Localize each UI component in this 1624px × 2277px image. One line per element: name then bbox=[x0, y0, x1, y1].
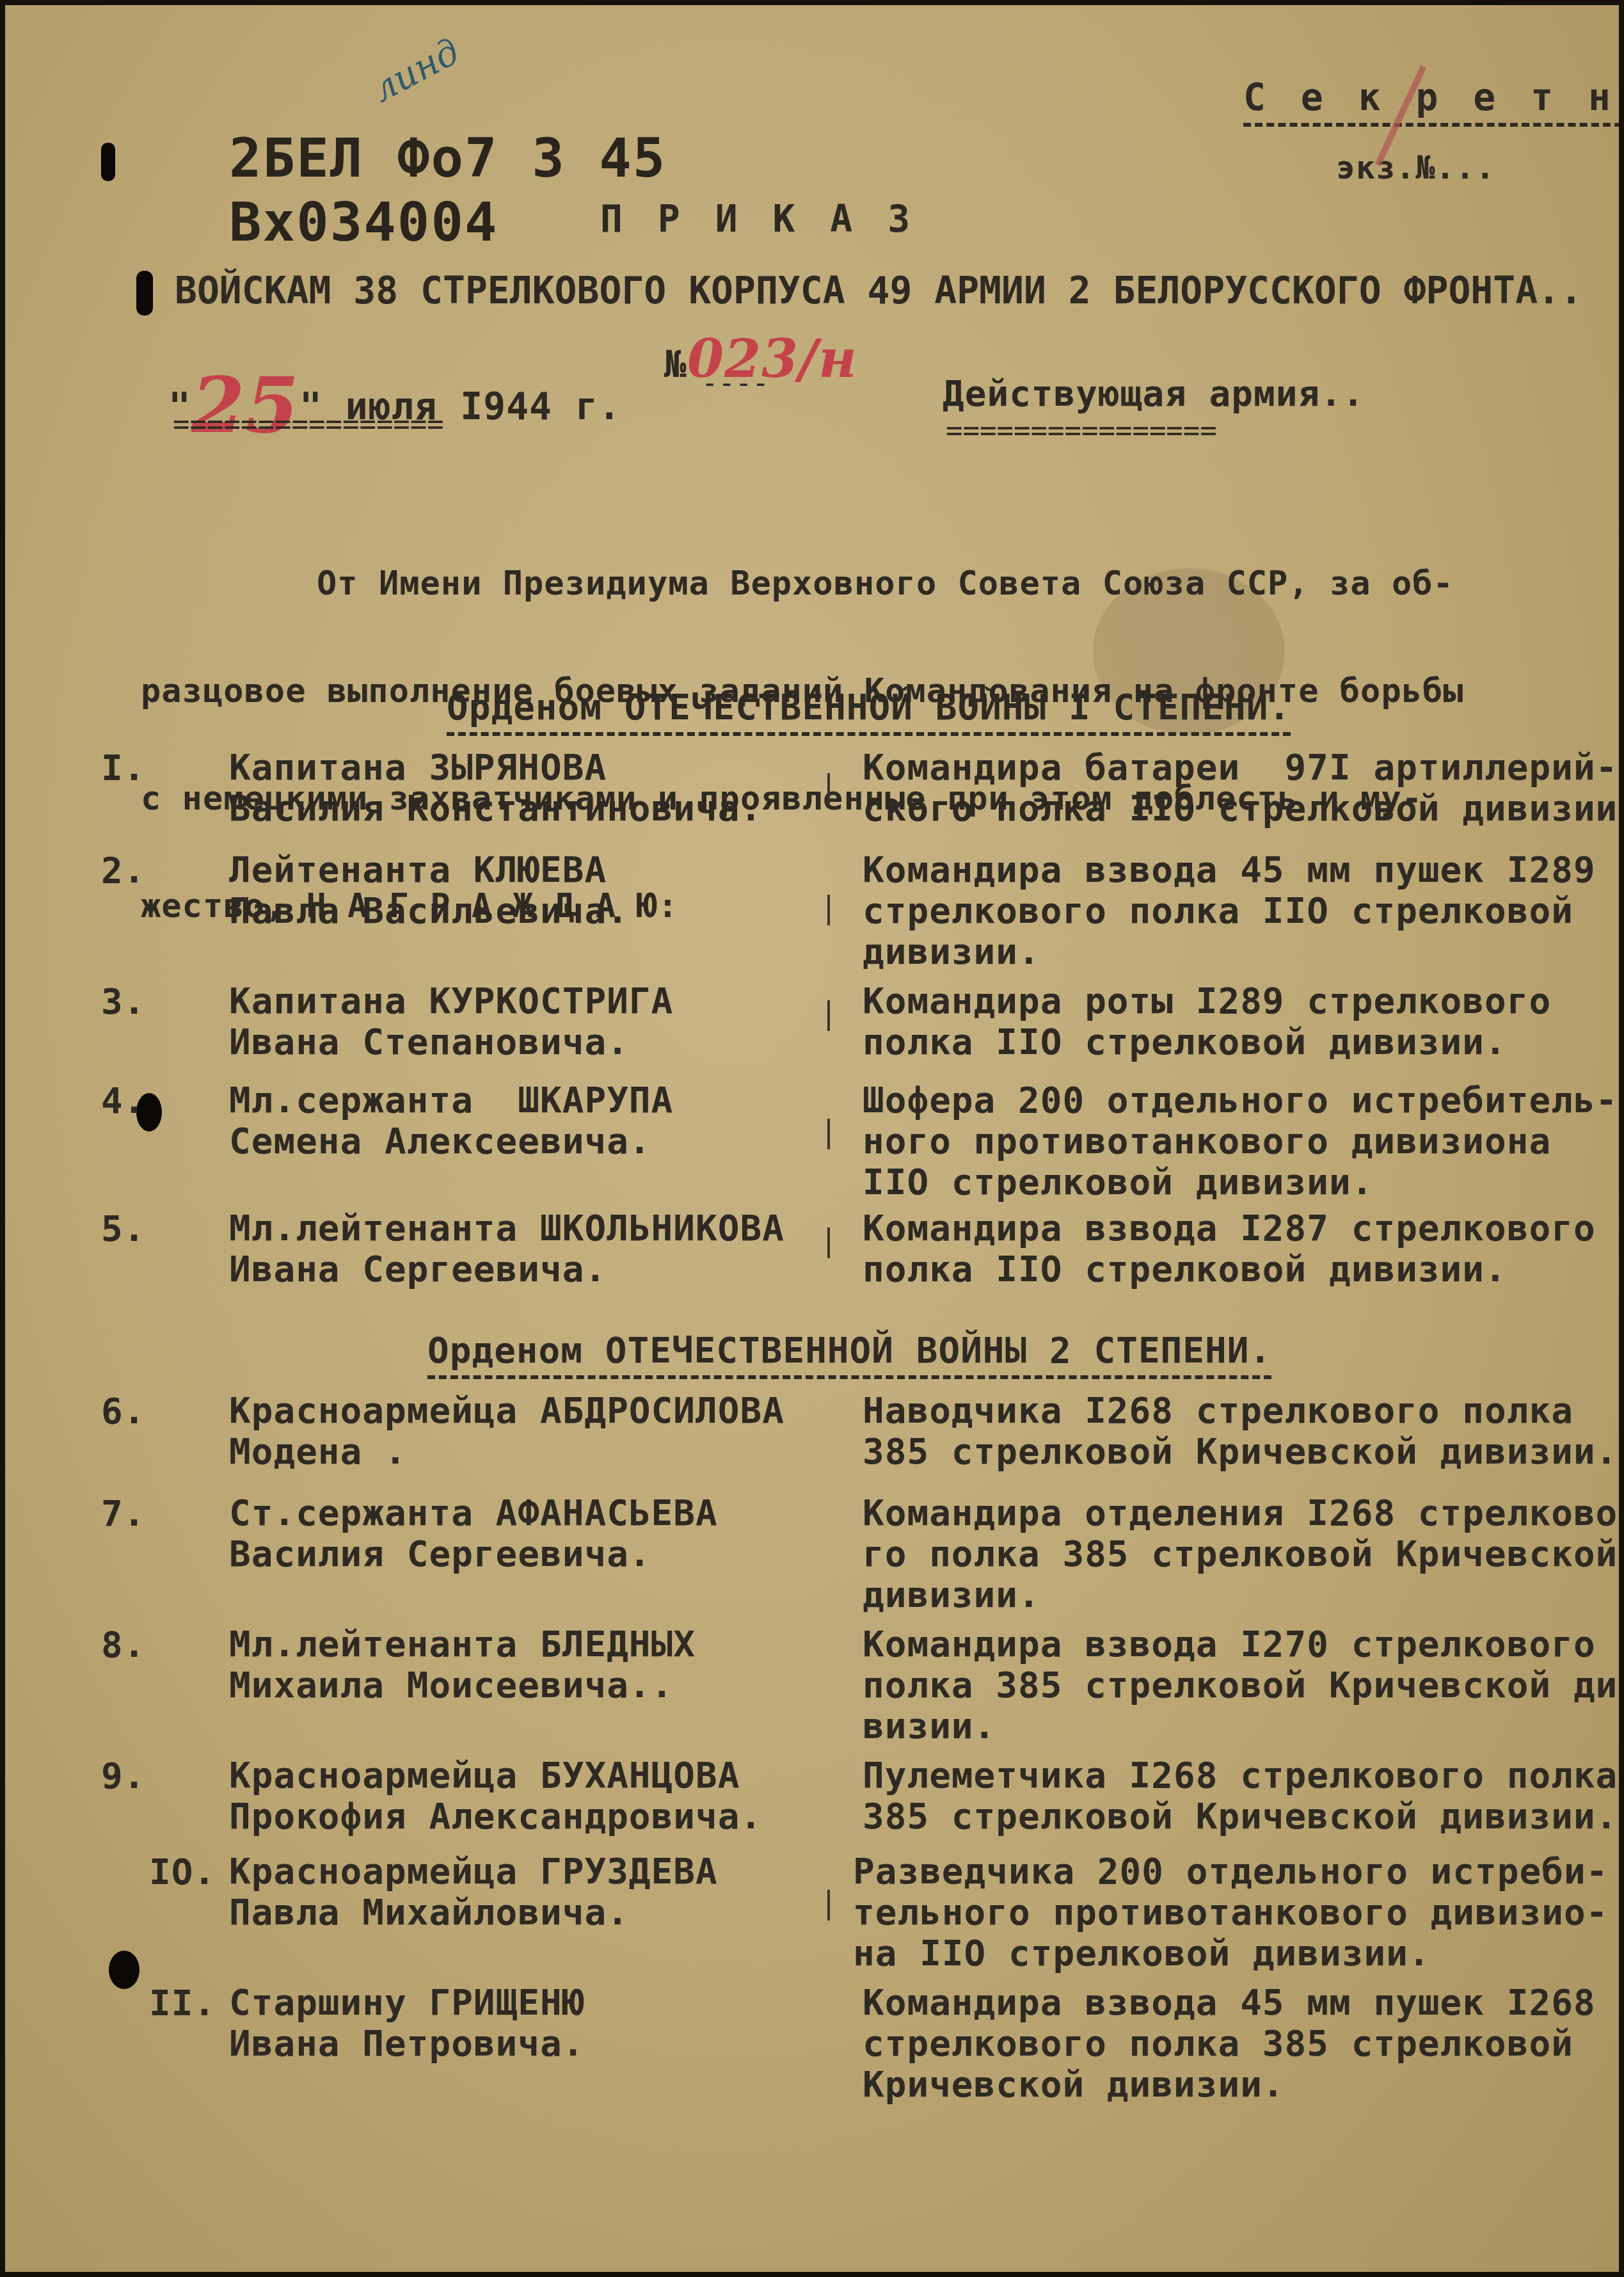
entry-number: I. bbox=[101, 747, 145, 789]
recipient-given-names: Семена Алексеевича. bbox=[159, 1121, 673, 1162]
entry-number: 6. bbox=[101, 1391, 145, 1432]
recipient-given-names: Ивана Степановича. bbox=[159, 1022, 673, 1063]
margin-tick bbox=[827, 895, 830, 925]
recipient-rank-surname: Старшину ГРИЩЕНЮ bbox=[159, 1983, 584, 2024]
entry-number: 3. bbox=[101, 981, 145, 1023]
recipient-given-names: Михаила Моисеевича.. bbox=[159, 1665, 696, 1706]
location-label: Действующая армия.. bbox=[943, 373, 1365, 415]
classification-label: С е к р е т н о. bbox=[1243, 76, 1624, 127]
order-number-underline: ---- bbox=[701, 367, 769, 399]
recipient-given-names: Павла Михайловича. bbox=[159, 1892, 718, 1933]
recipient-position: полка 385 стрелковой Кричевской ди- bbox=[863, 1665, 1624, 1706]
document-page: линд 2БЕЛ Фо7 3 45 Вх034004 П Р И К А З … bbox=[0, 0, 1624, 2277]
recipient-position: Командира взвода 45 мм пушек I268 bbox=[863, 1983, 1596, 2024]
recipient-given-names: Василия Сергеевича. bbox=[159, 1534, 718, 1575]
recipient-position: на IIO стрелковой дивизии. bbox=[853, 1933, 1608, 1974]
recipient-given-names: Павла Васильевича. bbox=[159, 891, 629, 932]
recipient-position: визии. bbox=[863, 1706, 1624, 1747]
order-no-prefix: № bbox=[664, 342, 687, 386]
recipient-position: Командира батареи 97I артиллерий- bbox=[863, 747, 1624, 788]
preamble-line: От Имени Президиума Верховного Совета Со… bbox=[141, 563, 1464, 604]
recipient-position: дивизии. bbox=[863, 1575, 1624, 1616]
recipient-position: полка IIO стрелковой дивизии. bbox=[863, 1249, 1596, 1290]
recipient-rank-surname: Капитана ЗЫРЯНОВА bbox=[159, 747, 762, 788]
recipient-position: Пулеметчика I268 стрелкового полка bbox=[863, 1755, 1618, 1796]
recipient-rank-surname: Мл.сержанта ШКАРУПА bbox=[159, 1080, 673, 1121]
recipient-rank-surname: Мл.лейтенанта ШКОЛЬНИКОВА bbox=[159, 1208, 784, 1249]
recipient-position: 385 стрелковой Кричевской дивизии. bbox=[863, 1432, 1618, 1473]
recipient-rank-surname: Мл.лейтенанта БЛЕДНЫХ bbox=[159, 1624, 696, 1665]
recipient-position: го полка 385 стрелковой Кричевской bbox=[863, 1534, 1624, 1575]
recipient-position: стрелкового полка 385 стрелковой bbox=[863, 2024, 1596, 2065]
entry-number: 2. bbox=[101, 850, 145, 891]
recipient-position: ного противотанкового дивизиона bbox=[863, 1121, 1618, 1162]
recipient-position: Кричевской дивизии. bbox=[863, 2065, 1596, 2105]
date-underline: ================ bbox=[173, 408, 444, 441]
registry-line-2: Вх034004 bbox=[229, 191, 498, 253]
recipient-position: тельного противотанкового дивизио- bbox=[853, 1892, 1608, 1933]
recipient-rank-surname: Лейтенанта КЛЮЕВА bbox=[159, 850, 629, 891]
recipient-rank-surname: Ст.сержанта АФАНАСЬЕВА bbox=[159, 1493, 718, 1534]
section-title-order-2nd-degree: Орденом ОТЕЧЕСТВЕННОЙ ВОЙНЫ 2 СТЕПЕНИ. bbox=[427, 1330, 1271, 1379]
recipient-position: дивизии. bbox=[863, 932, 1596, 973]
recipient-given-names: Модена . bbox=[159, 1432, 784, 1473]
copy-number-label: экз.№... bbox=[1336, 149, 1495, 186]
recipient-position: Командира взвода I287 стрелкового bbox=[863, 1208, 1596, 1249]
paper-hole bbox=[109, 1951, 139, 1989]
margin-tick bbox=[827, 773, 830, 804]
recipient-rank-surname: Капитана КУРКОСТРИГА bbox=[159, 981, 673, 1022]
entry-number: 8. bbox=[101, 1624, 145, 1666]
margin-tick bbox=[827, 1890, 830, 1921]
recipient-position: Командира взвода I270 стрелкового bbox=[863, 1624, 1624, 1665]
entry-number: 5. bbox=[101, 1208, 145, 1250]
recipient-position: Разведчика 200 отдельного истреби- bbox=[853, 1851, 1608, 1892]
recipient-rank-surname: Красноармейца АБДРОСИЛОВА bbox=[159, 1391, 784, 1432]
recipient-given-names: Василия Константиновича. bbox=[159, 788, 762, 829]
recipient-given-names: Прокофия Александровича. bbox=[159, 1796, 762, 1837]
recipient-rank-surname: Красноармейца ГРУЗДЕВА bbox=[159, 1851, 718, 1892]
recipient-position: Командира роты I289 стрелкового bbox=[863, 981, 1551, 1022]
recipient-position: Командира отделения I268 стрелково- bbox=[863, 1493, 1624, 1534]
paper-hole bbox=[136, 271, 153, 316]
handwritten-note: линд bbox=[365, 31, 466, 111]
paper-hole bbox=[101, 143, 115, 181]
registry-line-1: 2БЕЛ Фо7 3 45 bbox=[229, 127, 666, 189]
entry-number: 9. bbox=[101, 1755, 145, 1797]
margin-tick bbox=[827, 1119, 830, 1149]
entry-number: 7. bbox=[101, 1493, 145, 1535]
recipient-position: полка IIO стрелковой дивизии. bbox=[863, 1022, 1551, 1063]
recipient-rank-surname: Красноармейца БУХАНЦОВА bbox=[159, 1755, 762, 1796]
recipient-position: стрелкового полка IIO стрелковой bbox=[863, 891, 1596, 932]
recipient-position: Наводчика I268 стрелкового полка bbox=[863, 1391, 1618, 1432]
recipient-position: 385 стрелковой Кричевской дивизии. bbox=[863, 1796, 1618, 1837]
section-title-order-1st-degree: Орденом ОТЕЧЕСТВЕННОЙ ВОЙНЫ I СТЕПЕНИ. bbox=[447, 687, 1291, 736]
recipient-given-names: Ивана Петровича. bbox=[159, 2024, 584, 2065]
recipient-position: Шофера 200 отдельного истребитель- bbox=[863, 1080, 1618, 1121]
addressee-line: ВОЙСКАМ 38 СТРЕЛКОВОГО КОРПУСА 49 АРМИИ … bbox=[175, 269, 1582, 312]
location-underline: ================ bbox=[946, 415, 1217, 447]
margin-tick bbox=[827, 1227, 830, 1258]
recipient-given-names: Ивана Сергеевича. bbox=[159, 1249, 784, 1290]
entry-number: 4. bbox=[101, 1080, 145, 1122]
doc-type-title: П Р И К А З bbox=[600, 197, 916, 241]
recipient-position: IIO стрелковой дивизии. bbox=[863, 1162, 1618, 1203]
recipient-position: Командира взвода 45 мм пушек I289 bbox=[863, 850, 1596, 891]
margin-tick bbox=[827, 1000, 830, 1031]
recipient-position: ского полка IIO стрелковой дивизии. bbox=[863, 788, 1624, 829]
